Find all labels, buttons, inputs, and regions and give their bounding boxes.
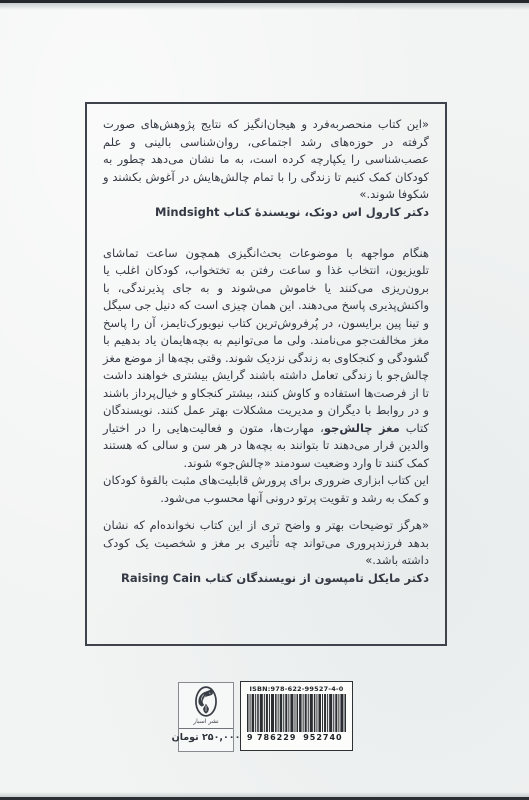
isbn-label: ISBN:978-622-99527-4-0: [249, 685, 343, 693]
top-review-quote: «این کتاب منحصربه‌فرد و هیجان‌انگیز که ن…: [103, 116, 429, 204]
spacer: [103, 221, 429, 245]
bottom-review-quote: «هرگز توضیحات بهتر و واضح تری از این کتا…: [103, 517, 429, 570]
ean-barcode-icon: [247, 694, 346, 732]
ean-digits: 9 786229 952740: [247, 733, 346, 742]
synopsis-closing: این کتاب ابزاری ضروری برای پرورش قابلیت‌…: [103, 472, 429, 507]
book-back-cover: «این کتاب منحصربه‌فرد و هیجان‌انگیز که ن…: [0, 0, 529, 800]
publisher-price-box: نشر اسبار ۲۵۰,۰۰۰ تومان: [178, 682, 234, 752]
synopsis-paragraph: هنگام مواجهه با موضوعات بحث‌انگیزی همچون…: [103, 245, 429, 473]
ean-digit-group-1: 786229: [254, 733, 300, 742]
publisher-name: نشر اسبار: [193, 718, 218, 726]
spacer: [103, 507, 429, 517]
ean-digit-group-2: 952740: [300, 733, 346, 742]
price-label: ۲۵۰,۰۰۰ تومان: [172, 729, 241, 743]
photo-top-edge-shadow: [0, 3, 529, 10]
synopsis-text-start: هنگام مواجهه با موضوعات بحث‌انگیزی همچون…: [103, 246, 429, 435]
book-title-bold: مغز چالش‌جو: [324, 421, 400, 435]
bottom-review-attribution: دکتر مایکل تامپسون از نویسندگان کتاب Rai…: [103, 570, 429, 587]
review-text-frame: «این کتاب منحصربه‌فرد و هیجان‌انگیز که ن…: [85, 102, 447, 646]
horse-head-pen-nib-icon: [194, 686, 218, 717]
barcode-box: ISBN:978-622-99527-4-0: [240, 681, 353, 751]
ean-digit-lead: 9: [247, 733, 254, 742]
top-review-attribution: دکتر کارول اس دوئک، نویسندهٔ کتاب Mindsi…: [103, 204, 429, 221]
